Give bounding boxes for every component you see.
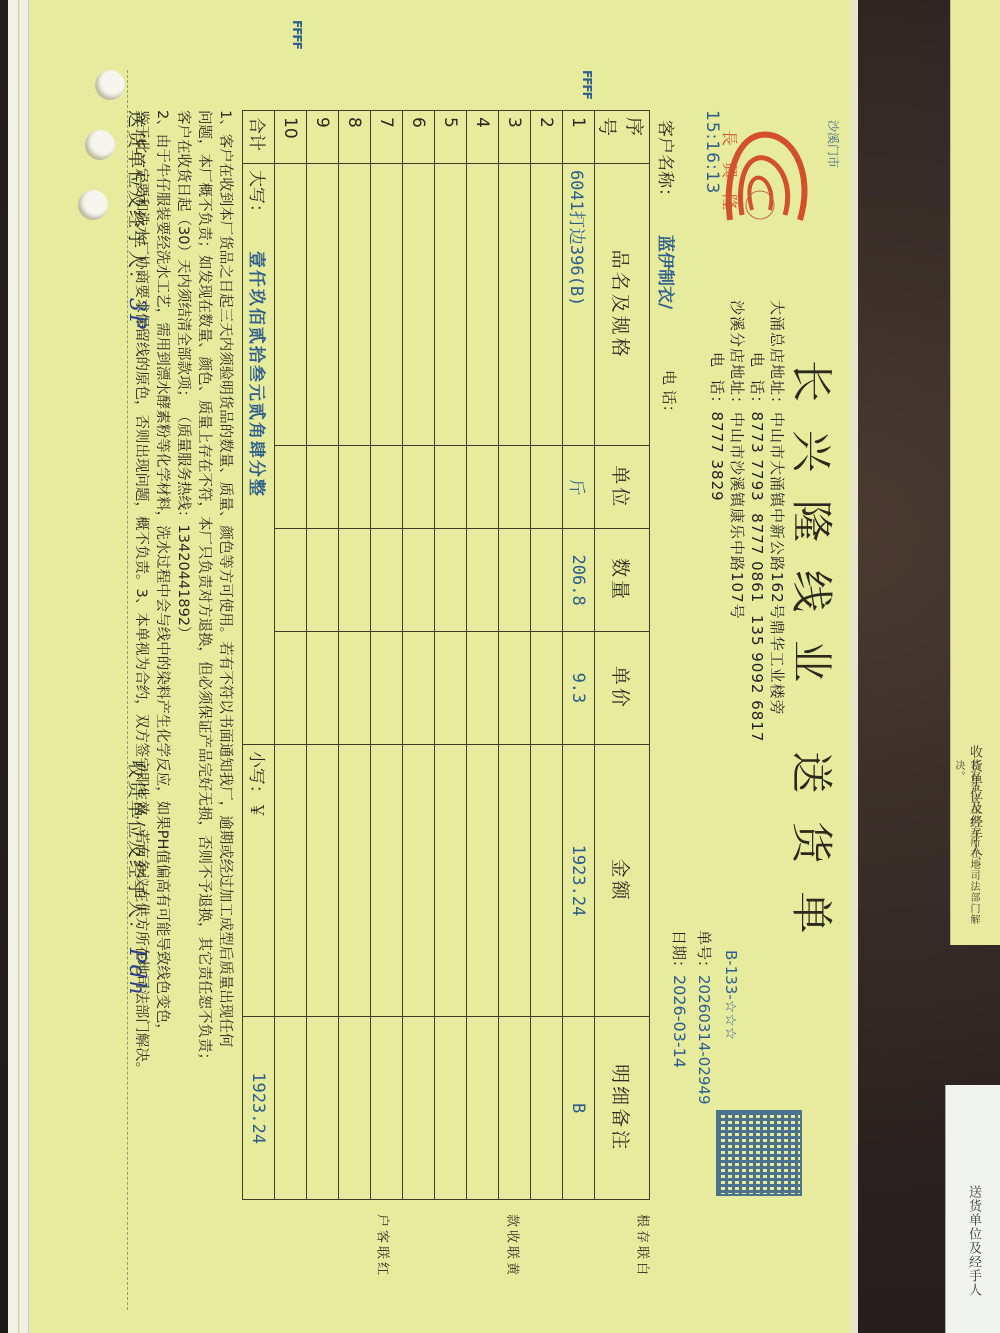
cell-seq: 6 (403, 111, 435, 164)
cell-qty (371, 529, 403, 632)
cell-qty: 206.8 (563, 529, 595, 632)
col-price: 单价 (595, 632, 650, 745)
delivery-note: 沙溪门市 長興隆 15:16:13 长兴隆线业 送货单 大涌总店地址：中山市大涌… (90, 70, 850, 1310)
small-amount: 1923.24 (243, 1017, 275, 1200)
company-name: 长兴隆线业 (787, 360, 836, 710)
small-amount-label-cell: 小写：￥ (243, 744, 275, 1016)
cell-note (371, 1017, 403, 1200)
cell-price (435, 632, 467, 745)
capital-amount-cell: 大写：壹仟玖佰贰拾叁元贰角肆分整 (243, 163, 275, 744)
col-name: 品名及规格 (595, 163, 650, 445)
cell-name (531, 163, 563, 445)
cell-price (371, 632, 403, 745)
receiver-signature: 收货单位及经手人：Pdh (124, 760, 150, 997)
cell-price (403, 632, 435, 745)
table-row: 4 (467, 111, 499, 1200)
cell-unit (435, 446, 467, 529)
sender-signature: 送货单位及经手人：3P (124, 110, 150, 331)
cell-qty (339, 529, 371, 632)
cell-qty (467, 529, 499, 632)
table-row: 10 (275, 111, 307, 1200)
cell-name (403, 163, 435, 445)
table-row: 3 (499, 111, 531, 1200)
capital-label: 大写： (246, 170, 266, 221)
cell-name (467, 163, 499, 445)
cell-amount (339, 744, 371, 1016)
table-row: 1 6041打边396(B) 斤 206.8 9.3 1923.24 B (563, 111, 595, 1200)
cell-seq: 4 (467, 111, 499, 164)
copy-red: 红联客户 (377, 1210, 390, 1274)
customer-name-field: 客户名称：蓝伊制衣/ (655, 120, 680, 309)
cell-note (403, 1017, 435, 1200)
background-slip-right-bottom: 送货单位及经手人 (945, 1085, 1000, 1333)
logo-brand-text: 長興隆 (719, 130, 742, 226)
cell-qty (307, 529, 339, 632)
cell-seq: 1 (563, 111, 595, 164)
table-row: 5 (435, 111, 467, 1200)
customer-phone-label: 电 话： (659, 370, 680, 420)
cell-unit (307, 446, 339, 529)
cell-unit (371, 446, 403, 529)
term-line: 客户在收货日起（30）天内须结清全部款项； （质量服务热线：1342044189… (172, 110, 193, 1260)
cell-note (435, 1017, 467, 1200)
col-unit: 单位 (595, 446, 650, 529)
branch-phone-line: 电 话：8777 3829 (707, 352, 728, 502)
cell-unit (499, 446, 531, 529)
cell-note (499, 1017, 531, 1200)
cell-unit (403, 446, 435, 529)
margin-stamp: FFFF (580, 70, 594, 99)
total-label: 合计 (243, 111, 275, 164)
cell-seq: 5 (435, 111, 467, 164)
background-slip-right: 收货单位及经手人： 若有争议在供方所在地司法部门解决。 (950, 0, 1000, 945)
table-row: 7 (371, 111, 403, 1200)
cell-price (531, 632, 563, 745)
total-row: 合计 大写：壹仟玖佰贰拾叁元贰角肆分整 小写：￥ 1923.24 (243, 111, 275, 1200)
feed-hole (78, 190, 108, 220)
cell-name (307, 163, 339, 445)
stack-edge (8, 0, 19, 1333)
copy-yellow: 黄联收款 (507, 1210, 520, 1274)
receiver-handwriting: Pdh (124, 948, 149, 997)
cell-amount (275, 744, 307, 1016)
cell-price (499, 632, 531, 745)
cell-unit (275, 446, 307, 529)
cell-name (435, 163, 467, 445)
cell-amount: 1923.24 (563, 744, 595, 1016)
qr-code-icon (716, 1110, 802, 1196)
col-qty: 数量 (595, 529, 650, 632)
doc-number: 单号：20260314-02949 (694, 930, 715, 1105)
print-time: 15:16:13 (702, 110, 722, 194)
feed-hole (95, 70, 125, 100)
doc-date: 日期：2026-03-14 (669, 930, 690, 1068)
cell-seq: 8 (339, 111, 371, 164)
cell-name: 6041打边396(B) (563, 163, 595, 445)
slip-sender-label: 送货单位及经手人 (964, 1185, 983, 1297)
cell-name (371, 163, 403, 445)
cell-unit (531, 446, 563, 529)
col-seq: 序号 (595, 111, 650, 164)
cell-price (275, 632, 307, 745)
col-amount: 金额 (595, 744, 650, 1016)
margin-stamp: FFFF (290, 20, 304, 49)
cell-amount (371, 744, 403, 1016)
col-note: 明细备注 (595, 1017, 650, 1200)
cell-amount (307, 744, 339, 1016)
form-code: B-133-☆☆☆ (722, 950, 740, 1040)
table-row: 9 (307, 111, 339, 1200)
term-line: 1、客户在收到本厂货品之日起三天内须验明货品的数量、质量、颜色等方可使用。若有不… (214, 110, 235, 1260)
cell-amount (531, 744, 563, 1016)
table-row: 6 (403, 111, 435, 1200)
cell-note (275, 1017, 307, 1200)
branch-address-line: 沙溪分店地址：中山市沙溪镇康乐中路107号 (727, 300, 748, 620)
term-line: 问题，本厂概不负责；如发现在数量、颜色、质量上存在不符，本厂只负责对方退换，但必… (193, 110, 214, 1260)
cell-seq: 7 (371, 111, 403, 164)
cell-note (339, 1017, 371, 1200)
cell-unit (339, 446, 371, 529)
cell-qty (403, 529, 435, 632)
cell-name (499, 163, 531, 445)
cell-name (275, 163, 307, 445)
table-row: 2 (531, 111, 563, 1200)
items-table: 序号 品名及规格 单位 数量 单价 金额 明细备注 1 6041打边396(B)… (242, 110, 650, 1200)
capital-amount: 壹仟玖佰贰拾叁元贰角肆分整 (246, 251, 266, 498)
cell-unit (467, 446, 499, 529)
cell-price: 9.3 (563, 632, 595, 745)
cell-note: B (563, 1017, 595, 1200)
stack-edge (20, 0, 29, 1333)
cell-note (307, 1017, 339, 1200)
cell-amount (499, 744, 531, 1016)
cell-qty (499, 529, 531, 632)
cell-qty (275, 529, 307, 632)
sender-handwriting: 3P (124, 298, 149, 331)
cell-seq: 10 (275, 111, 307, 164)
cell-seq: 9 (307, 111, 339, 164)
cell-amount (467, 744, 499, 1016)
cell-qty (531, 529, 563, 632)
feed-hole (85, 130, 115, 160)
document-title: 长兴隆线业 送货单 (784, 360, 844, 961)
cell-price (339, 632, 371, 745)
slip-term: 若有争议在供方所在地司法部门解决。 (951, 760, 981, 945)
cell-amount (435, 744, 467, 1016)
term-line: 2、由于牛仔服装要经洗水工艺，需用到漂水酵素粉等化学材料，洗水过程中会与线中的染… (151, 110, 172, 1260)
hq-phone-line: 电 话：8773 7793 8777 0861 135 9092 6817 (747, 352, 768, 742)
small-label: 小写：￥ (246, 751, 266, 819)
doc-type-title: 送货单 (787, 751, 836, 961)
cell-seq: 2 (531, 111, 563, 164)
cell-unit: 斤 (563, 446, 595, 529)
cell-name (339, 163, 371, 445)
logo-branch-text: 沙溪门市 (825, 120, 842, 168)
cell-price (307, 632, 339, 745)
hq-address-line: 大涌总店地址：中山市大涌镇中新公路162号鼎华工业楼旁 (767, 300, 788, 716)
cell-note (531, 1017, 563, 1200)
cell-qty (435, 529, 467, 632)
cell-amount (403, 744, 435, 1016)
cell-price (467, 632, 499, 745)
table-header-row: 序号 品名及规格 单位 数量 单价 金额 明细备注 (595, 111, 650, 1200)
cell-seq: 3 (499, 111, 531, 164)
table-row: 8 (339, 111, 371, 1200)
copy-white: 白联存根 (637, 1210, 650, 1274)
cell-note (467, 1017, 499, 1200)
